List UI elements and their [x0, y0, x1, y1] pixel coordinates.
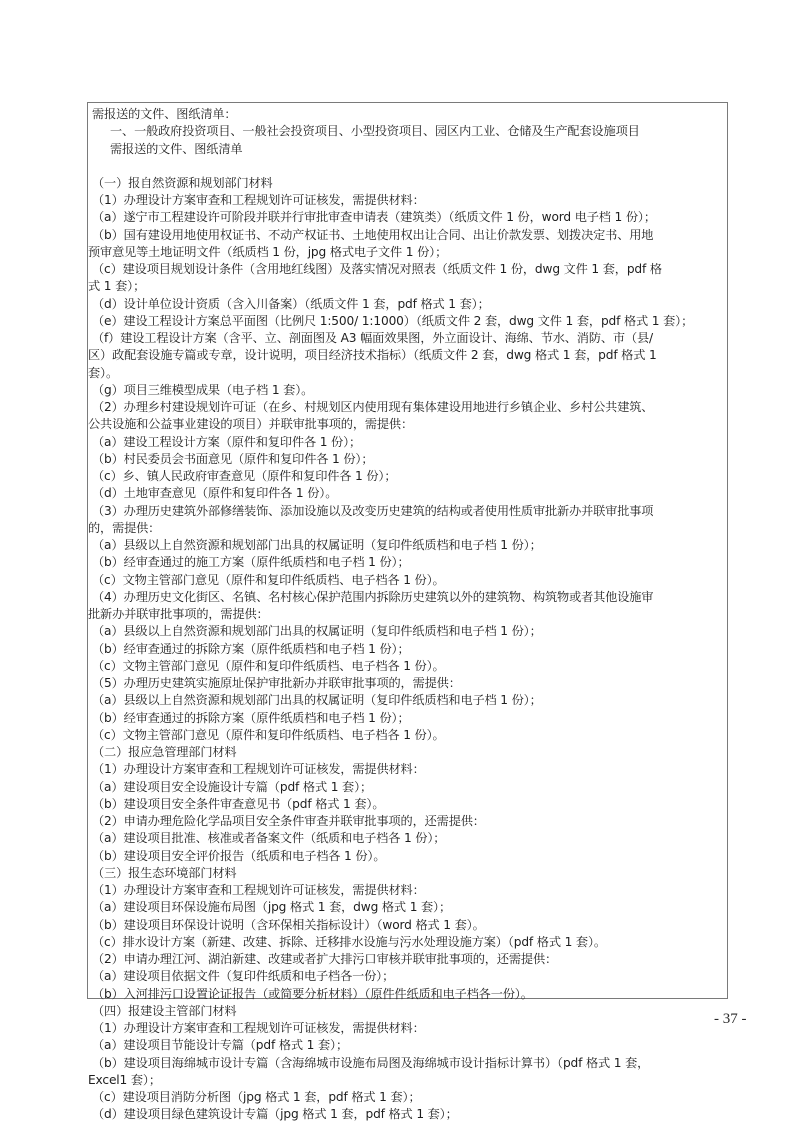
list-item-continued: 区）政配套设施专篇或专章，设计说明，项目经济技术指标）（纸质文件 2 套，dwg…	[88, 347, 723, 364]
list-item: （a）遂宁市工程建设许可阶段并联并行审批审查申请表（建筑类）（纸质文件 1 份，…	[92, 209, 723, 226]
list-item: （b）村民委员会书面意见（原件和复印件各 1 份）；	[92, 451, 723, 468]
list-item: （c）排水设计方案（新建、改建、拆除、迁移排水设施与污水处理设施方案）（pdf …	[92, 934, 723, 951]
document-content-box: 需报送的文件、图纸清单： 一、一般政府投资项目、一般社会投资项目、小型投资项目、…	[87, 102, 728, 999]
page-number: - 37 -	[714, 1011, 747, 1028]
section-title: 一、一般政府投资项目、一般社会投资项目、小型投资项目、园区内工业、仓储及生产配套…	[92, 123, 723, 140]
list-item-continued: 套）。	[88, 365, 723, 382]
spacer	[92, 158, 723, 175]
subsection-heading: （1）办理设计方案审查和工程规划许可证核发，需提供材料：	[92, 192, 723, 209]
list-item: （c）建设项目规划设计条件（含用地红线图）及落实情况对照表（纸质文件 1 份，d…	[92, 261, 723, 278]
subsection-heading: （1）办理设计方案审查和工程规划许可证核发，需提供材料：	[92, 882, 723, 899]
list-item: （b）经审查通过的施工方案（原件纸质档和电子档 1 份）；	[92, 554, 723, 571]
list-item: （a）建设项目安全设施设计专篇（pdf 格式 1 套）；	[92, 779, 723, 796]
list-item: （b）国有建设用地使用权证书、不动产权证书、土地使用权出让合同、出让价款发票、划…	[92, 227, 723, 244]
list-item: （c）文物主管部门意见（原件和复印件纸质档、电子档各 1 份）。	[92, 727, 723, 744]
list-item: （d）建设项目绿色建筑设计专篇（jpg 格式 1 套，pdf 格式 1 套）；	[92, 1106, 723, 1122]
list-item: （f）建设工程设计方案（含平、立、剖面图及 A3 幅面效果图，外立面设计、海绵、…	[92, 330, 723, 347]
list-item: （b）建设项目安全条件审查意见书（pdf 格式 1 套）。	[92, 796, 723, 813]
list-item: （b）建设项目海绵城市设计专篇（含海绵城市设施布局图及海绵城市设计指标计算书）（…	[92, 1055, 723, 1072]
subsection-heading: （2）申请办理危险化学品项目安全条件审查并联审批事项的，还需提供：	[92, 813, 723, 830]
list-item: （c）文物主管部门意见（原件和复印件纸质档、电子档各 1 份）。	[92, 572, 723, 589]
list-item: （d）设计单位设计资质（含入川备案）（纸质文件 1 套，pdf 格式 1 套）；	[92, 296, 723, 313]
section-title-continued: 需报送的文件、图纸清单	[92, 141, 723, 158]
category-heading: （三）报生态环境部门材料	[92, 865, 723, 882]
list-item: （e）建设工程设计方案总平面图（比例尺 1:500/ 1:1000）（纸质文件 …	[92, 313, 723, 330]
list-item: （a）建设项目批准、核准或者备案文件（纸质和电子档各 1 份）；	[92, 830, 723, 847]
subsection-heading-continued: 的，需提供：	[88, 520, 723, 537]
subsection-heading-continued: 批新办并联审批事项的，需提供：	[88, 606, 723, 623]
list-item: （a）县级以上自然资源和规划部门出具的权属证明（复印件纸质档和电子档 1 份）；	[92, 692, 723, 709]
list-item: （g）项目三维模型成果（电子档 1 套）。	[92, 382, 723, 399]
subsection-heading: （2）办理乡村建设规划许可证（在乡、村规划区内使用现有集体建设用地进行乡镇企业、…	[92, 399, 723, 416]
list-item: （a）县级以上自然资源和规划部门出具的权属证明（复印件纸质档和电子档 1 份）；	[92, 537, 723, 554]
list-item-continued: 式 1 套）；	[88, 278, 723, 295]
subsection-heading: （2）申请办理江河、湖泊新建、改建或者扩大排污口审核并联审批事项的，还需提供：	[92, 951, 723, 968]
list-item: （b）建设项目环保设计说明（含环保相关指标设计）（word 格式 1 套）。	[92, 917, 723, 934]
list-item-continued: 预审意见等土地证明文件（纸质档 1 份，jpg 格式电子文件 1 份）；	[88, 244, 723, 261]
category-heading: （四）报建设主管部门材料	[92, 1003, 723, 1020]
list-item: （a）建设工程设计方案（原件和复印件各 1 份）；	[92, 434, 723, 451]
list-item: （b）经审查通过的拆除方案（原件纸质档和电子档 1 份）；	[92, 710, 723, 727]
list-item: （b）入河排污口设置论证报告（或简要分析材料）（原件件纸质和电子档各一份）。	[92, 986, 723, 1003]
list-item: （a）建设项目节能设计专篇（pdf 格式 1 套）；	[92, 1037, 723, 1054]
list-item: （a）县级以上自然资源和规划部门出具的权属证明（复印件纸质档和电子档 1 份）；	[92, 623, 723, 640]
list-item: （d）土地审查意见（原件和复印件各 1 份）。	[92, 485, 723, 502]
list-heading: 需报送的文件、图纸清单：	[92, 106, 723, 123]
subsection-heading: （5）办理历史建筑实施原址保护审批新办并联审批事项的，需提供：	[92, 675, 723, 692]
subsection-heading: （1）办理设计方案审查和工程规划许可证核发，需提供材料：	[92, 761, 723, 778]
list-item: （c）文物主管部门意见（原件和复印件纸质档、电子档各 1 份）。	[92, 658, 723, 675]
category-heading: （二）报应急管理部门材料	[92, 744, 723, 761]
list-item: （b）经审查通过的拆除方案（原件纸质档和电子档 1 份）；	[92, 641, 723, 658]
subsection-heading: （3）办理历史建筑外部修缮装饰、添加设施以及改变历史建筑的结构或者使用性质审批新…	[92, 503, 723, 520]
list-item: （a）建设项目依据文件（复印件纸质和电子档各一份）；	[92, 968, 723, 985]
list-item: （b）建设项目安全评价报告（纸质和电子档各 1 份）。	[92, 848, 723, 865]
category-heading: （一）报自然资源和规划部门材料	[92, 175, 723, 192]
subsection-heading: （1）办理设计方案审查和工程规划许可证核发，需提供材料：	[92, 1020, 723, 1037]
list-item-continued: Excel1 套）；	[88, 1072, 723, 1089]
list-item: （c）建设项目消防分析图（jpg 格式 1 套，pdf 格式 1 套）；	[92, 1089, 723, 1106]
list-item: （a）建设项目环保设施布局图（jpg 格式 1 套，dwg 格式 1 套）；	[92, 899, 723, 916]
list-item: （c）乡、镇人民政府审查意见（原件和复印件各 1 份）；	[92, 468, 723, 485]
subsection-heading-continued: 公共设施和公益事业建设的项目）并联审批事项的，需提供：	[88, 416, 723, 433]
subsection-heading: （4）办理历史文化街区、名镇、名村核心保护范围内拆除历史建筑以外的建筑物、构筑物…	[92, 589, 723, 606]
